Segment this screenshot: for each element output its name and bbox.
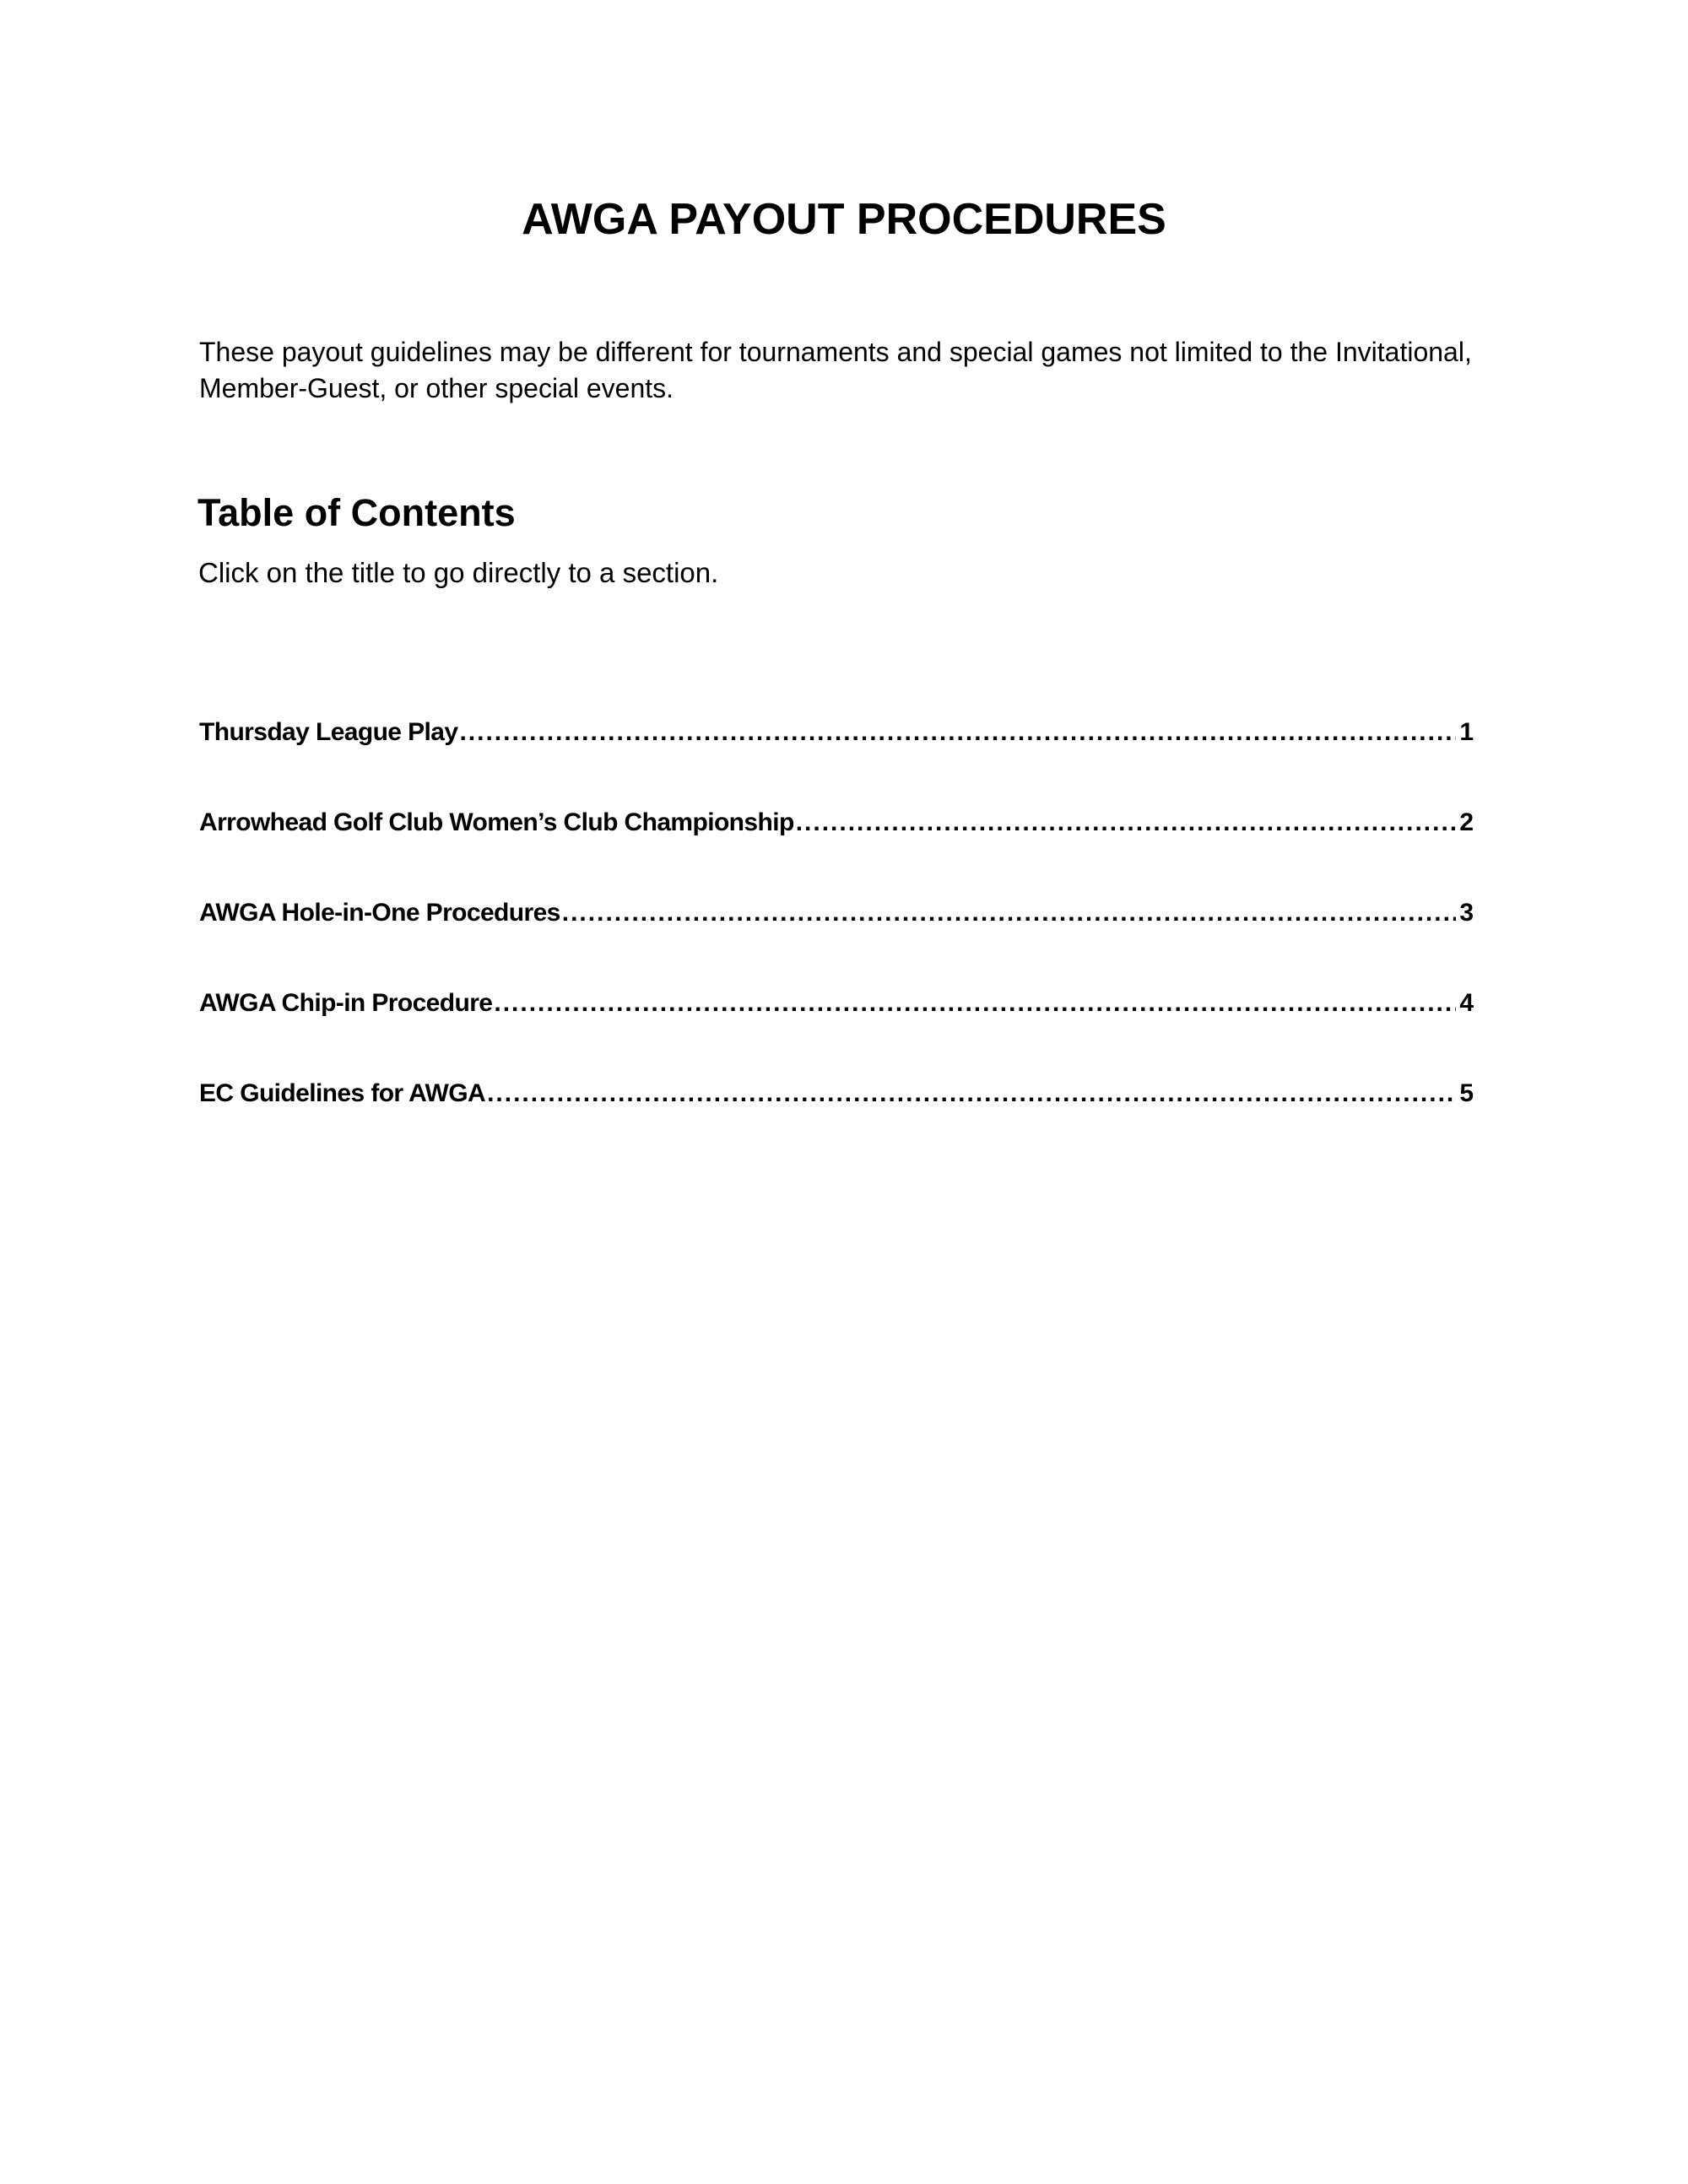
dot-leader: [459, 716, 1456, 749]
dot-leader: [487, 1077, 1456, 1111]
toc-entry-page-number: 1: [1459, 716, 1474, 749]
toc-entry-page-number: 5: [1459, 1077, 1474, 1111]
dot-leader: [796, 806, 1457, 840]
toc-entry-label: AWGA Chip-in Procedure: [199, 987, 492, 1020]
toc-heading: Table of Contents: [197, 489, 516, 537]
toc-hint: Click on the title to go directly to a s…: [198, 555, 718, 591]
toc-entry-ec-guidelines[interactable]: EC Guidelines for AWGA 5: [199, 1077, 1474, 1167]
toc-entry-thursday-league-play[interactable]: Thursday League Play 1: [199, 716, 1474, 806]
toc-entry-page-number: 2: [1459, 806, 1474, 840]
toc-entry-label: Arrowhead Golf Club Women’s Club Champio…: [199, 806, 794, 840]
toc-entry-hole-in-one[interactable]: AWGA Hole-in-One Procedures 3: [199, 896, 1474, 987]
table-of-contents: Thursday League Play 1 Arrowhead Golf Cl…: [199, 716, 1474, 1167]
toc-entry-label: Thursday League Play: [199, 716, 457, 749]
toc-entry-club-championship[interactable]: Arrowhead Golf Club Women’s Club Champio…: [199, 806, 1474, 896]
toc-entry-page-number: 3: [1459, 896, 1474, 930]
toc-entry-label: EC Guidelines for AWGA: [199, 1077, 485, 1111]
dot-leader: [562, 896, 1457, 930]
page-title: AWGA PAYOUT PROCEDURES: [0, 192, 1688, 246]
toc-entry-page-number: 4: [1459, 987, 1474, 1020]
toc-entry-label: AWGA Hole-in-One Procedures: [199, 896, 560, 930]
intro-paragraph: These payout guidelines may be different…: [199, 334, 1482, 407]
toc-entry-chip-in[interactable]: AWGA Chip-in Procedure 4: [199, 987, 1474, 1077]
dot-leader: [494, 987, 1456, 1020]
